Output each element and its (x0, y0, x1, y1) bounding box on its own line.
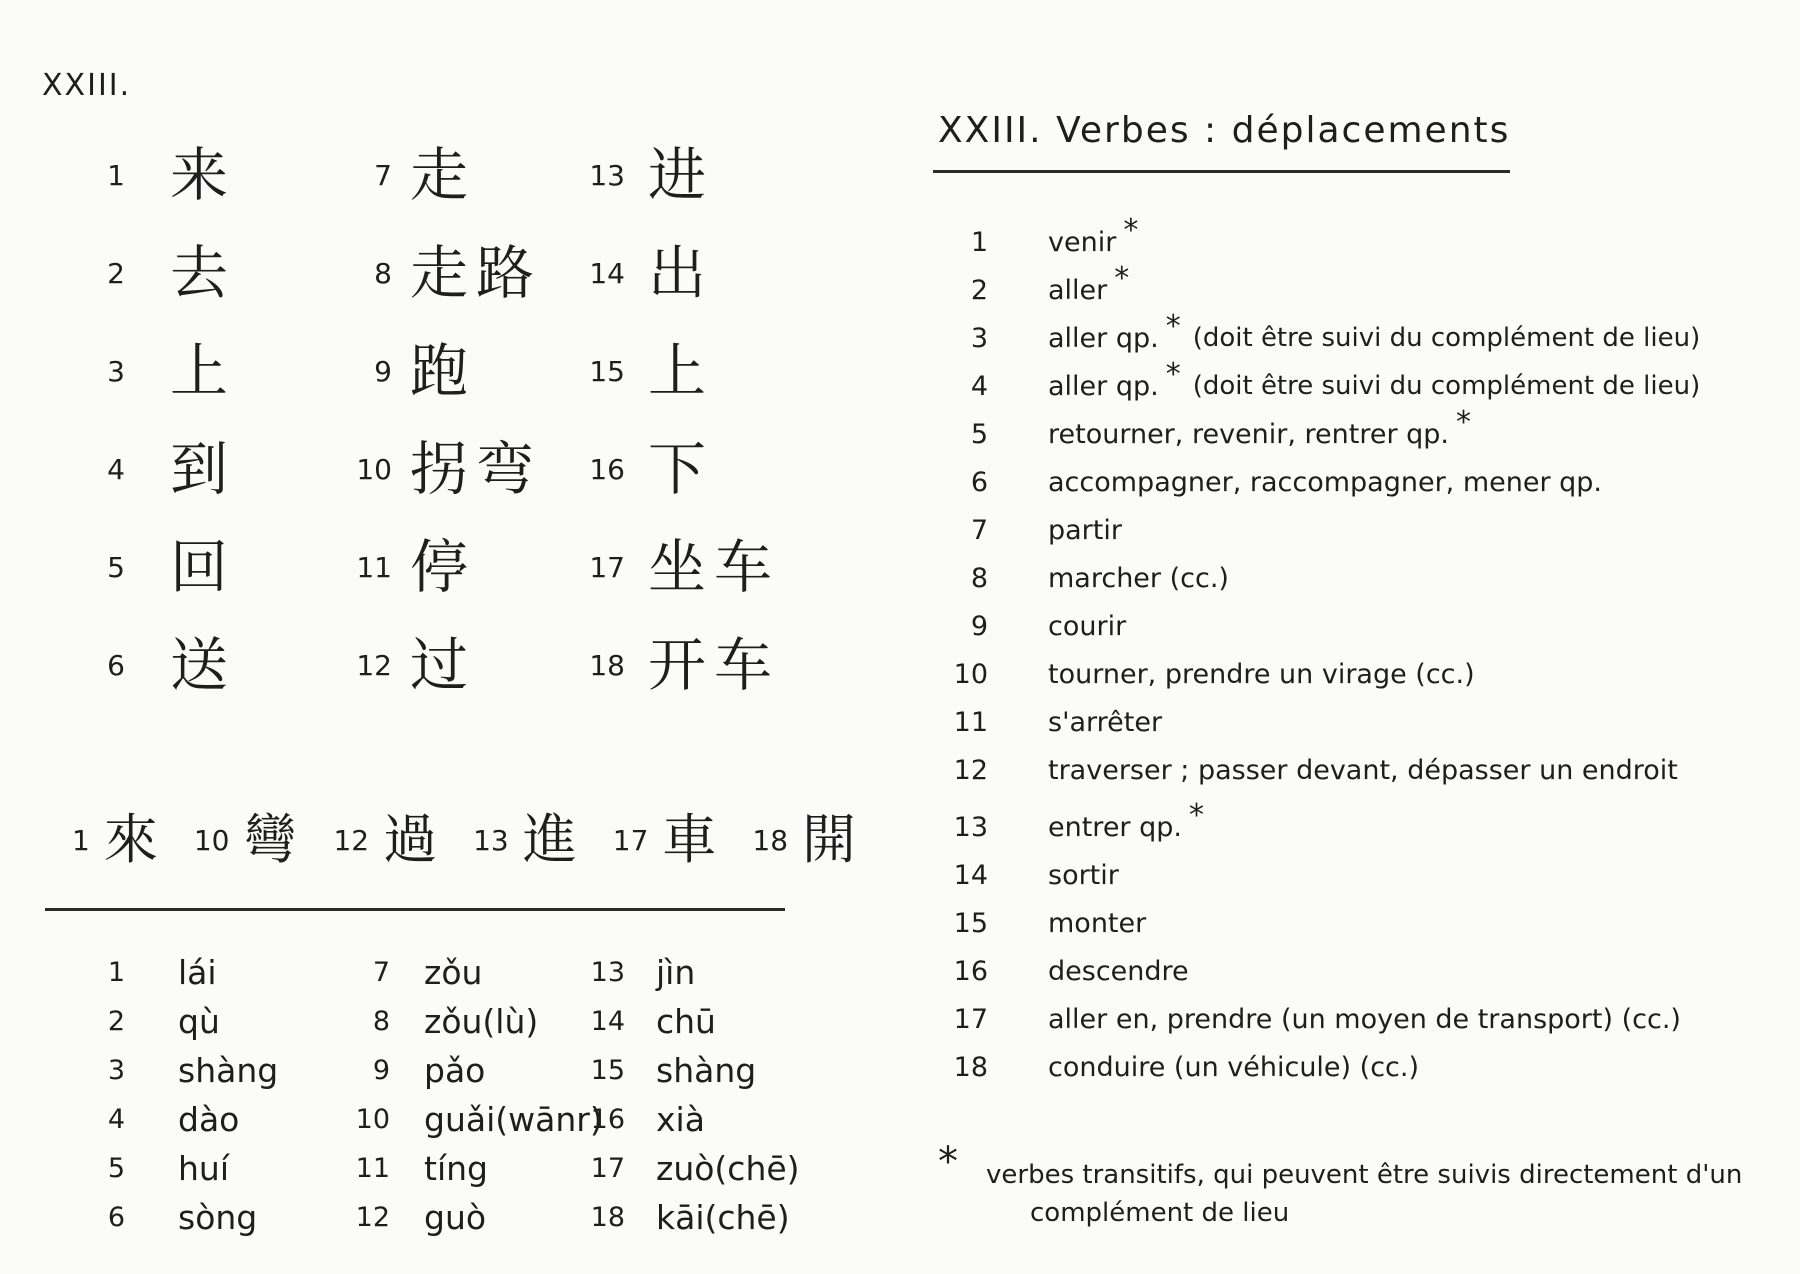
hanzi-grid-cell: 18开车 (560, 616, 780, 714)
item-number: 8 (340, 1006, 390, 1037)
hanzi-grid-cell: 7走 (340, 126, 560, 224)
french-gloss: partir (1048, 515, 1122, 546)
item-number: 17 (560, 1153, 625, 1184)
item-number: 14 (560, 1006, 625, 1037)
footnote-asterisk: * (938, 1142, 958, 1232)
item-number: 1 (88, 159, 125, 192)
hanzi-grid-cell: 10拐弯 (340, 420, 560, 518)
item-number: 7 (930, 515, 988, 546)
item-number: 2 (930, 275, 988, 306)
french-gloss-row: 17aller en, prendre (un moyen de transpo… (930, 995, 1700, 1043)
item-number: 11 (340, 551, 392, 584)
pinyin-text: sòng (178, 1198, 257, 1237)
french-gloss: aller qp. (1048, 371, 1159, 402)
item-number: 9 (340, 1055, 390, 1086)
item-number: 6 (88, 1202, 125, 1233)
hanzi-character: 回 (170, 538, 236, 596)
french-gloss-row: 11s'arrêter (930, 698, 1700, 746)
section-number: XXIII. (42, 68, 131, 103)
item-number: 9 (340, 355, 392, 388)
item-number: 18 (560, 649, 625, 682)
french-gloss: marcher (cc.) (1048, 563, 1229, 594)
french-gloss-row: 12traverser ; passer devant, dépasser un… (930, 746, 1700, 794)
pinyin-cell: 16xià (560, 1095, 800, 1144)
pinyin-text: chū (656, 1002, 716, 1041)
item-number: 4 (88, 1104, 125, 1135)
item-number: 16 (930, 956, 988, 987)
footnote-text: verbes transitifs, qui peuvent être suiv… (986, 1156, 1790, 1232)
item-number: 18 (752, 824, 788, 857)
hanzi-character: 上 (648, 342, 714, 400)
french-gloss: traverser ; passer devant, dépasser un e… (1048, 755, 1678, 786)
asterisk-marker: * (1114, 261, 1129, 296)
pinyin-text: shàng (178, 1051, 278, 1090)
french-gloss-row: 6accompagner, raccompagner, mener qp. (930, 458, 1700, 506)
hanzi-grid-cell: 9跑 (340, 322, 560, 420)
french-gloss-row: 3aller qp.*(doit être suivi du complémen… (930, 314, 1700, 362)
pinyin-text: qù (178, 1002, 220, 1041)
french-gloss-row: 18conduire (un véhicule) (cc.) (930, 1043, 1700, 1091)
french-gloss-row: 7partir (930, 506, 1700, 554)
item-number: 13 (560, 957, 625, 988)
hanzi-character: 到 (170, 440, 236, 498)
french-gloss-row: 15monter (930, 899, 1700, 947)
pinyin-text: shàng (656, 1051, 756, 1090)
french-gloss-row: 9courir (930, 602, 1700, 650)
traditional-variant-item: 18開 (752, 813, 856, 867)
traditional-variant-item: 17車 (613, 813, 717, 867)
hanzi-character: 坐车 (648, 538, 780, 596)
french-gloss: retourner, revenir, rentrer qp. (1048, 419, 1449, 450)
item-number: 13 (930, 812, 988, 843)
french-gloss-row: 8marcher (cc.) (930, 554, 1700, 602)
item-number: 9 (930, 611, 988, 642)
hanzi-character-traditional: 進 (523, 813, 577, 867)
french-gloss: conduire (un véhicule) (cc.) (1048, 1052, 1419, 1083)
pinyin-cell: 13jìn (560, 948, 800, 997)
pinyin-cell: 15shàng (560, 1046, 800, 1095)
hanzi-grid-cell: 8走路 (340, 224, 560, 322)
hanzi-grid-cell: 2去 (88, 224, 340, 322)
french-gloss-row: 4aller qp.*(doit être suivi du complémen… (930, 362, 1700, 410)
item-number: 1 (88, 957, 125, 988)
pinyin-text: guò (424, 1198, 486, 1237)
usage-note: (doit être suivi du complément de lieu) (1193, 323, 1701, 353)
item-number: 12 (333, 824, 369, 857)
pinyin-cell: 7zǒu (340, 948, 560, 997)
french-gloss: entrer qp. (1048, 812, 1182, 843)
item-number: 10 (340, 453, 392, 486)
item-number: 10 (930, 659, 988, 690)
hanzi-character: 走 (410, 146, 476, 204)
hanzi-character: 走路 (410, 244, 542, 302)
item-number: 10 (194, 824, 230, 857)
french-gloss: venir (1048, 227, 1116, 258)
divider-line (45, 908, 785, 911)
french-gloss-row: 1venir* (930, 218, 1700, 266)
pinyin-cell: 9pǎo (340, 1046, 560, 1095)
hanzi-character-traditional: 來 (104, 813, 158, 867)
item-number: 15 (560, 1055, 625, 1086)
item-number: 17 (613, 824, 649, 857)
pinyin-cell: 3shàng (88, 1046, 340, 1095)
hanzi-character-traditional: 過 (383, 813, 437, 867)
item-number: 8 (340, 257, 392, 290)
item-number: 17 (930, 1004, 988, 1035)
hanzi-grid-cell: 6送 (88, 616, 340, 714)
item-number: 1 (72, 824, 90, 857)
item-number: 14 (930, 860, 988, 891)
french-gloss-row: 10tourner, prendre un virage (cc.) (930, 650, 1700, 698)
item-number: 7 (340, 159, 392, 192)
pinyin-cell: 5huí (88, 1144, 340, 1193)
hanzi-grid: 1来7走13进2去8走路14出3上9跑15上4到10拐弯16下5回11停17坐车… (88, 126, 780, 714)
french-gloss-row: 13entrer qp.* (930, 803, 1700, 851)
item-number: 15 (930, 908, 988, 939)
item-number: 5 (930, 419, 988, 450)
item-number: 15 (560, 355, 625, 388)
item-number: 2 (88, 1006, 125, 1037)
french-gloss: descendre (1048, 956, 1189, 987)
french-gloss: tourner, prendre un virage (cc.) (1048, 659, 1475, 690)
item-number: 17 (560, 551, 625, 584)
hanzi-grid-cell: 4到 (88, 420, 340, 518)
item-number: 3 (930, 323, 988, 354)
french-gloss-row: 5retourner, revenir, rentrer qp.* (930, 410, 1700, 458)
item-number: 16 (560, 1104, 625, 1135)
hanzi-character: 拐弯 (410, 440, 542, 498)
hanzi-grid-cell: 11停 (340, 518, 560, 616)
item-number: 12 (930, 755, 988, 786)
item-number: 10 (340, 1104, 390, 1135)
hanzi-grid-cell: 17坐车 (560, 518, 780, 616)
hanzi-character: 过 (410, 636, 476, 694)
french-gloss: aller (1048, 275, 1107, 306)
hanzi-character-traditional: 開 (802, 813, 856, 867)
traditional-variant-item: 10彎 (194, 813, 298, 867)
hanzi-character: 出 (648, 244, 714, 302)
usage-note: (doit être suivi du complément de lieu) (1193, 371, 1701, 401)
french-gloss-row: 16descendre (930, 947, 1700, 995)
hanzi-grid-cell: 1来 (88, 126, 340, 224)
scanned-vocabulary-page: XXIII. 1来7走13进2去8走路14出3上9跑15上4到10拐弯16下5回… (0, 0, 1800, 1274)
item-number: 8 (930, 563, 988, 594)
item-number: 1 (930, 227, 988, 258)
pinyin-text: lái (178, 953, 217, 992)
hanzi-grid-cell: 14出 (560, 224, 780, 322)
hanzi-character-traditional: 彎 (243, 813, 297, 867)
french-glosses-list: 1venir*2aller*3aller qp.*(doit être suiv… (930, 218, 1700, 1091)
asterisk-marker: * (1123, 213, 1138, 248)
hanzi-grid-cell: 15上 (560, 322, 780, 420)
item-number: 12 (340, 1202, 390, 1233)
asterisk-marker: * (1166, 357, 1181, 392)
pinyin-text: zǒu(lù) (424, 1002, 538, 1041)
item-number: 11 (340, 1153, 390, 1184)
french-gloss: aller qp. (1048, 323, 1159, 354)
traditional-variant-item: 1來 (72, 813, 158, 867)
item-number: 4 (88, 453, 125, 486)
item-number: 6 (930, 467, 988, 498)
item-number: 13 (560, 159, 625, 192)
item-number: 7 (340, 957, 390, 988)
pinyin-cell: 8zǒu(lù) (340, 997, 560, 1046)
hanzi-character: 下 (648, 440, 714, 498)
item-number: 4 (930, 371, 988, 402)
french-gloss: accompagner, raccompagner, mener qp. (1048, 467, 1602, 498)
item-number: 18 (930, 1052, 988, 1083)
pinyin-cell: 17zuò(chē) (560, 1144, 800, 1193)
pinyin-cell: 10guǎi(wānr) (340, 1095, 560, 1144)
hanzi-grid-cell: 16下 (560, 420, 780, 518)
item-number: 3 (88, 1055, 125, 1086)
pinyin-text: huí (178, 1149, 229, 1188)
pinyin-cell: 1lái (88, 948, 340, 997)
item-number: 5 (88, 1153, 125, 1184)
item-number: 18 (560, 1202, 625, 1233)
item-number: 3 (88, 355, 125, 388)
hanzi-character: 上 (170, 342, 236, 400)
french-gloss: courir (1048, 611, 1126, 642)
hanzi-grid-cell: 13进 (560, 126, 780, 224)
french-gloss-row: 2aller* (930, 266, 1700, 314)
asterisk-marker: * (1456, 405, 1471, 440)
hanzi-character: 停 (410, 538, 476, 596)
asterisk-marker: * (1166, 309, 1181, 344)
pinyin-text: kāi(chē) (656, 1198, 790, 1237)
pinyin-cell: 6sòng (88, 1193, 340, 1242)
item-number: 16 (560, 453, 625, 486)
hanzi-character: 开车 (648, 636, 780, 694)
pinyin-cell: 12guò (340, 1193, 560, 1242)
hanzi-character: 送 (170, 636, 236, 694)
traditional-variant-item: 12過 (333, 813, 437, 867)
pinyin-text: zuò(chē) (656, 1149, 800, 1188)
french-gloss: s'arrêter (1048, 707, 1162, 738)
item-number: 13 (473, 824, 509, 857)
hanzi-character-traditional: 車 (662, 813, 716, 867)
page-title: XXIII. Verbes : déplacements (938, 110, 1510, 151)
pinyin-cell: 11tíng (340, 1144, 560, 1193)
pinyin-cell: 18kāi(chē) (560, 1193, 800, 1242)
hanzi-character: 来 (170, 146, 236, 204)
item-number: 2 (88, 257, 125, 290)
traditional-variant-item: 13進 (473, 813, 577, 867)
hanzi-character: 去 (170, 244, 236, 302)
item-number: 12 (340, 649, 392, 682)
hanzi-grid-cell: 12过 (340, 616, 560, 714)
item-number: 11 (930, 707, 988, 738)
item-number: 5 (88, 551, 125, 584)
pinyin-cell: 14chū (560, 997, 800, 1046)
pinyin-table: 1lái7zǒu13jìn2qù8zǒu(lù)14chū3shàng9pǎo1… (88, 948, 800, 1242)
french-gloss: monter (1048, 908, 1146, 939)
pinyin-cell: 4dào (88, 1095, 340, 1144)
pinyin-cell: 2qù (88, 997, 340, 1046)
title-underline (933, 170, 1510, 173)
french-gloss: sortir (1048, 860, 1119, 891)
french-gloss-row: 14sortir (930, 851, 1700, 899)
pinyin-text: jìn (656, 953, 695, 992)
item-number: 14 (560, 257, 625, 290)
pinyin-text: dào (178, 1100, 239, 1139)
pinyin-text: xià (656, 1100, 705, 1139)
pinyin-text: pǎo (424, 1051, 485, 1090)
hanzi-grid-cell: 5回 (88, 518, 340, 616)
french-gloss: aller en, prendre (un moyen de transport… (1048, 1004, 1681, 1035)
footnote: * verbes transitifs, qui peuvent être su… (938, 1142, 1790, 1232)
hanzi-character: 进 (648, 146, 714, 204)
hanzi-grid-cell: 3上 (88, 322, 340, 420)
traditional-variants-row: 1來10彎12過13進17車18開 (72, 802, 892, 878)
item-number: 6 (88, 649, 125, 682)
hanzi-character: 跑 (410, 342, 476, 400)
pinyin-text: zǒu (424, 953, 482, 992)
asterisk-marker: * (1189, 798, 1204, 833)
pinyin-text: tíng (424, 1149, 488, 1188)
